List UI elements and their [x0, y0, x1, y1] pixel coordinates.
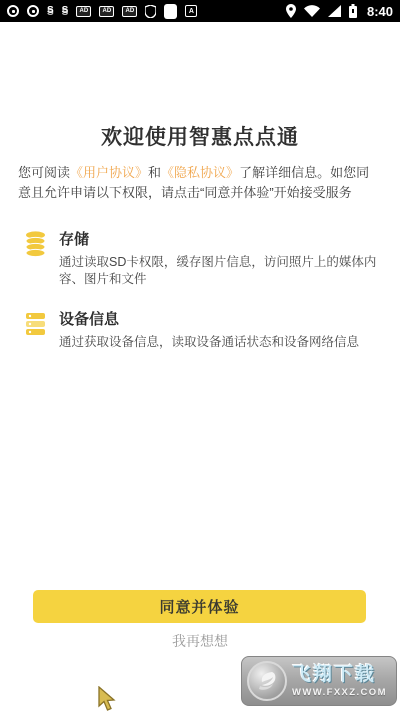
app-screen: S S AD AD AD A	[0, 0, 400, 712]
watermark-url: WWW.FXXZ.COM	[292, 688, 387, 698]
battery-icon	[349, 4, 357, 18]
intro-part2: 和	[148, 165, 161, 180]
user-agreement-link[interactable]: 《用户协议》	[70, 165, 148, 180]
s-badge-icon: S	[47, 5, 54, 17]
privacy-agreement-link[interactable]: 《隐私协议》	[161, 165, 239, 180]
permission-description: 通过获取设备信息，读取设备通话状态和设备网络信息	[59, 334, 380, 351]
permission-texts: 设备信息 通过获取设备信息，读取设备通话状态和设备网络信息	[59, 308, 380, 351]
permission-description: 通过读取SD卡权限，缓存图片信息，访问照片上的媒体内容、图片和文件	[59, 254, 380, 288]
circle-app-icon	[7, 5, 19, 17]
watermark-title: 飞翔下载	[292, 665, 387, 684]
intro-text: 您可阅读《用户协议》和《隐私协议》了解详细信息。如您同意且允许申请以下权限，请点…	[18, 163, 382, 202]
shield-icon	[145, 5, 156, 18]
status-bar: S S AD AD AD A	[0, 0, 400, 22]
fxxz-logo-icon	[247, 661, 287, 701]
location-icon	[286, 4, 296, 18]
app-notification-icon	[164, 4, 177, 19]
agree-button[interactable]: 同意并体验	[33, 590, 366, 623]
permission-list: 存储 通过读取SD卡权限，缓存图片信息，访问照片上的媒体内容、图片和文件 设备信…	[25, 228, 380, 371]
fxxz-watermark: 飞翔下载 WWW.FXXZ.COM	[241, 656, 397, 706]
circle-app-icon	[27, 5, 39, 17]
decline-link[interactable]: 我再想想	[0, 631, 400, 651]
permission-texts: 存储 通过读取SD卡权限，缓存图片信息，访问照片上的媒体内容、图片和文件	[59, 228, 380, 288]
s-badge-icon: S	[62, 5, 69, 17]
ad-badge-icon: AD	[99, 6, 114, 17]
watermark-texts: 飞翔下载 WWW.FXXZ.COM	[292, 665, 387, 698]
a-badge-icon: A	[185, 5, 197, 17]
wifi-icon	[304, 5, 320, 17]
clock-time: 8:40	[367, 4, 393, 19]
permission-item-device-info: 设备信息 通过获取设备信息，读取设备通话状态和设备网络信息	[25, 308, 380, 351]
signal-icon	[328, 5, 341, 17]
ad-badge-icon: AD	[122, 6, 137, 17]
database-icon	[25, 228, 47, 288]
page-title: 欢迎使用智惠点点通	[0, 121, 400, 151]
status-bar-notifications: S S AD AD AD A	[7, 4, 197, 19]
cursor-pointer-icon	[96, 686, 120, 712]
permission-item-storage: 存储 通过读取SD卡权限，缓存图片信息，访问照片上的媒体内容、图片和文件	[25, 228, 380, 288]
permission-title: 设备信息	[59, 308, 380, 329]
ad-badge-icon: AD	[76, 6, 91, 17]
server-icon	[25, 308, 47, 351]
permission-title: 存储	[59, 228, 380, 249]
status-bar-system: 8:40	[286, 4, 393, 19]
intro-part1: 您可阅读	[18, 165, 70, 180]
